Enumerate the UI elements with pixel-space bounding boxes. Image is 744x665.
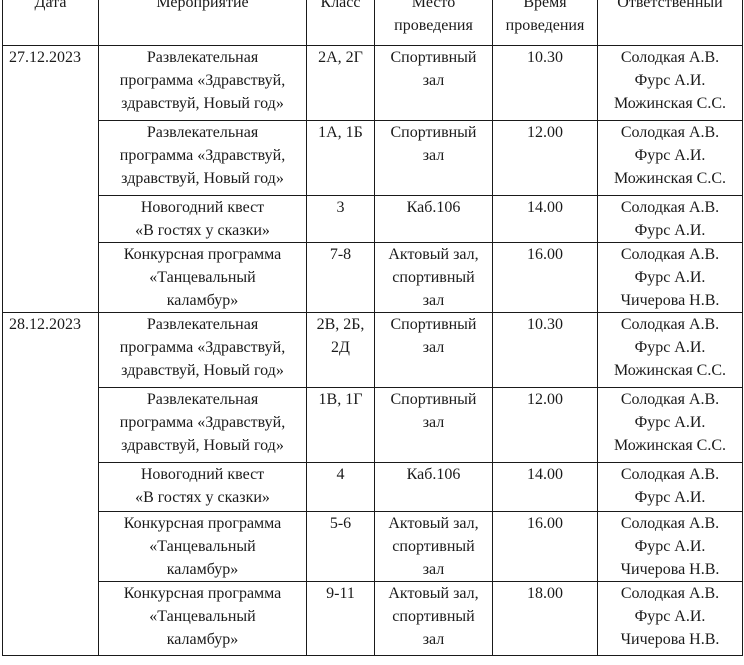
cell-text-line: Солодкая А.В. bbox=[600, 121, 740, 144]
place-cell: Спортивныйзал bbox=[375, 388, 493, 463]
cell-text-line: 1В, 1Г bbox=[309, 388, 372, 411]
class-cell: 1А, 1Б bbox=[307, 121, 375, 196]
table-row: Конкурсная программа«Танцевальныйкаламбу… bbox=[3, 512, 743, 582]
cell-text-line: Можинская С.С. bbox=[600, 359, 740, 382]
responsible-cell: Солодкая А.В.Фурс А.И.Чичерова Н.В. bbox=[598, 512, 743, 582]
cell-text-line: здравствуй, Новый год» bbox=[101, 359, 304, 382]
cell-text-line: Актовый зал, bbox=[377, 243, 490, 266]
cell-text-line: 5-6 bbox=[309, 512, 372, 535]
time-cell: 16.00 bbox=[493, 512, 598, 582]
responsible-cell: Солодкая А.В.Фурс А.И.Можинская С.С. bbox=[598, 46, 743, 121]
cell-text-line: Солодкая А.В. bbox=[600, 582, 740, 605]
place-cell: Спортивныйзал bbox=[375, 121, 493, 196]
cell-text-line: программа «Здравствуй, bbox=[101, 336, 304, 359]
schedule-body: 27.12.2023Развлекательнаяпрограмма «Здра… bbox=[3, 46, 743, 656]
cell-text-line: 10.30 bbox=[495, 46, 595, 69]
cell-text-line: Место bbox=[377, 0, 490, 14]
table-row: Конкурсная программа«Танцевальныйкаламбу… bbox=[3, 243, 743, 313]
cell-text-line: проведения bbox=[377, 14, 490, 37]
cell-text-line: 4 bbox=[309, 463, 372, 486]
cell-text-line: Солодкая А.В. bbox=[600, 313, 740, 336]
time-cell: 14.00 bbox=[493, 463, 598, 512]
class-cell: 2А, 2Г bbox=[307, 46, 375, 121]
cell-text-line: Спортивный bbox=[377, 46, 490, 69]
event-cell: Конкурсная программа«Танцевальныйкаламбу… bbox=[99, 512, 307, 582]
cell-text-line: Фурс А.И. bbox=[600, 219, 740, 242]
class-cell: 5-6 bbox=[307, 512, 375, 582]
place-cell: Актовый зал,спортивныйзал bbox=[375, 582, 493, 656]
cell-text-line: Спортивный bbox=[377, 121, 490, 144]
cell-text-line: программа «Здравствуй, bbox=[101, 69, 304, 92]
cell-text-line: Чичерова Н.В. bbox=[600, 289, 740, 312]
table-row: Развлекательнаяпрограмма «Здравствуй,здр… bbox=[3, 121, 743, 196]
cell-text-line: 12.00 bbox=[495, 388, 595, 411]
cell-text-line: Солодкая А.В. bbox=[600, 243, 740, 266]
cell-text-line: 2Д bbox=[309, 336, 372, 359]
class-cell: 4 bbox=[307, 463, 375, 512]
cell-text-line: зал bbox=[377, 289, 490, 312]
table-row: Развлекательнаяпрограмма «Здравствуй,здр… bbox=[3, 388, 743, 463]
header-time: Времяпроведения bbox=[493, 0, 598, 46]
cell-text-line: 27.12.2023 bbox=[9, 46, 96, 69]
responsible-cell: Солодкая А.В.Фурс А.И.Можинская С.С. bbox=[598, 121, 743, 196]
cell-text-line: 1А, 1Б bbox=[309, 121, 372, 144]
cell-text-line: Чичерова Н.В. bbox=[600, 628, 740, 651]
cell-text-line: «В гостях у сказки» bbox=[101, 486, 304, 509]
event-cell: Развлекательнаяпрограмма «Здравствуй,здр… bbox=[99, 46, 307, 121]
cell-text-line: «Танцевальный bbox=[101, 266, 304, 289]
cell-text-line: Фурс А.И. bbox=[600, 69, 740, 92]
cell-text-line: программа «Здравствуй, bbox=[101, 144, 304, 167]
cell-text-line: 16.00 bbox=[495, 512, 595, 535]
place-cell: Спортивныйзал bbox=[375, 46, 493, 121]
responsible-cell: Солодкая А.В.Фурс А.И.Можинская С.С. bbox=[598, 313, 743, 388]
cell-text-line: Развлекательная bbox=[101, 46, 304, 69]
table-row: 28.12.2023Развлекательнаяпрограмма «Здра… bbox=[3, 313, 743, 388]
header-place: Местопроведения bbox=[375, 0, 493, 46]
responsible-cell: Солодкая А.В.Фурс А.И.Чичерова Н.В. bbox=[598, 582, 743, 656]
time-cell: 16.00 bbox=[493, 243, 598, 313]
event-cell: Развлекательнаяпрограмма «Здравствуй,здр… bbox=[99, 121, 307, 196]
cell-text-line: 28.12.2023 bbox=[9, 313, 96, 336]
cell-text-line: 3 bbox=[309, 196, 372, 219]
cell-text-line: Фурс А.И. bbox=[600, 144, 740, 167]
cell-text-line: зал bbox=[377, 69, 490, 92]
cell-text-line: спортивный bbox=[377, 266, 490, 289]
class-cell: 2В, 2Б,2Д bbox=[307, 313, 375, 388]
cell-text-line: Развлекательная bbox=[101, 313, 304, 336]
cell-text-line: Солодкая А.В. bbox=[600, 463, 740, 486]
cell-text-line: Развлекательная bbox=[101, 121, 304, 144]
cell-text-line: 18.00 bbox=[495, 582, 595, 605]
event-cell: Конкурсная программа«Танцевальныйкаламбу… bbox=[99, 243, 307, 313]
cell-text-line: 12.00 bbox=[495, 121, 595, 144]
responsible-cell: Солодкая А.В.Фурс А.И. bbox=[598, 463, 743, 512]
cell-text-line: проведения bbox=[495, 14, 595, 37]
place-cell: Актовый зал,спортивныйзал bbox=[375, 243, 493, 313]
responsible-cell: Солодкая А.В.Фурс А.И.Чичерова Н.В. bbox=[598, 243, 743, 313]
cell-text-line: Можинская С.С. bbox=[600, 167, 740, 190]
cell-text-line: зал bbox=[377, 558, 490, 581]
cell-text-line: Чичерова Н.В. bbox=[600, 558, 740, 581]
time-cell: 12.00 bbox=[493, 121, 598, 196]
cell-text-line: Актовый зал, bbox=[377, 582, 490, 605]
class-cell: 1В, 1Г bbox=[307, 388, 375, 463]
cell-text-line: Фурс А.И. bbox=[600, 535, 740, 558]
cell-text-line: программа «Здравствуй, bbox=[101, 411, 304, 434]
event-cell: Новогодний квест«В гостях у сказки» bbox=[99, 196, 307, 243]
place-cell: Спортивныйзал bbox=[375, 313, 493, 388]
cell-text-line: каламбур» bbox=[101, 558, 304, 581]
cell-text-line: спортивный bbox=[377, 605, 490, 628]
cell-text-line: Время bbox=[495, 0, 595, 14]
cell-text-line: Фурс А.И. bbox=[600, 266, 740, 289]
cell-text-line: Конкурсная программа bbox=[101, 243, 304, 266]
cell-text-line: Солодкая А.В. bbox=[600, 196, 740, 219]
cell-text-line: Ответственный bbox=[600, 0, 740, 14]
cell-text-line: 2В, 2Б, bbox=[309, 313, 372, 336]
class-cell: 3 bbox=[307, 196, 375, 243]
header-responsible: Ответственный bbox=[598, 0, 743, 46]
cell-text-line: спортивный bbox=[377, 535, 490, 558]
place-cell: Каб.106 bbox=[375, 463, 493, 512]
cell-text-line: Дата bbox=[5, 0, 96, 14]
header-date: Дата bbox=[3, 0, 99, 46]
cell-text-line: Спортивный bbox=[377, 313, 490, 336]
cell-text-line: Каб.106 bbox=[377, 196, 490, 219]
cell-text-line: Можинская С.С. bbox=[600, 434, 740, 457]
table-row: Новогодний квест«В гостях у сказки»3Каб.… bbox=[3, 196, 743, 243]
cell-text-line: каламбур» bbox=[101, 628, 304, 651]
event-cell: Развлекательнаяпрограмма «Здравствуй,здр… bbox=[99, 388, 307, 463]
place-cell: Каб.106 bbox=[375, 196, 493, 243]
cell-text-line: 2А, 2Г bbox=[309, 46, 372, 69]
cell-text-line: 7-8 bbox=[309, 243, 372, 266]
class-cell: 9-11 bbox=[307, 582, 375, 656]
cell-text-line: «Танцевальный bbox=[101, 605, 304, 628]
date-cell: 27.12.2023 bbox=[3, 46, 99, 313]
event-cell: Конкурсная программа«Танцевальныйкаламбу… bbox=[99, 582, 307, 656]
cell-text-line: Развлекательная bbox=[101, 388, 304, 411]
responsible-cell: Солодкая А.В.Фурс А.И.Можинская С.С. bbox=[598, 388, 743, 463]
cell-text-line: 10.30 bbox=[495, 313, 595, 336]
cell-text-line: 16.00 bbox=[495, 243, 595, 266]
cell-text-line: 9-11 bbox=[309, 582, 372, 605]
time-cell: 10.30 bbox=[493, 313, 598, 388]
cell-text-line: «Танцевальный bbox=[101, 535, 304, 558]
cell-text-line: Солодкая А.В. bbox=[600, 388, 740, 411]
table-row: Новогодний квест«В гостях у сказки»4Каб.… bbox=[3, 463, 743, 512]
cell-text-line: «В гостях у сказки» bbox=[101, 219, 304, 242]
cell-text-line: Новогодний квест bbox=[101, 196, 304, 219]
cell-text-line: Фурс А.И. bbox=[600, 605, 740, 628]
cell-text-line: 14.00 bbox=[495, 463, 595, 486]
cell-text-line: каламбур» bbox=[101, 289, 304, 312]
time-cell: 12.00 bbox=[493, 388, 598, 463]
cell-text-line: зал bbox=[377, 144, 490, 167]
cell-text-line: Солодкая А.В. bbox=[600, 512, 740, 535]
header-row: Дата Мероприятие Класс Местопроведения В… bbox=[3, 0, 743, 46]
header-class: Класс bbox=[307, 0, 375, 46]
cell-text-line: Фурс А.И. bbox=[600, 486, 740, 509]
cell-text-line: Класс bbox=[309, 0, 372, 14]
cell-text-line: зал bbox=[377, 336, 490, 359]
cell-text-line: Спортивный bbox=[377, 388, 490, 411]
cell-text-line: Фурс А.И. bbox=[600, 336, 740, 359]
date-cell: 28.12.2023 bbox=[3, 313, 99, 656]
cell-text-line: Новогодний квест bbox=[101, 463, 304, 486]
cell-text-line: Конкурсная программа bbox=[101, 582, 304, 605]
header-event: Мероприятие bbox=[99, 0, 307, 46]
cell-text-line: зал bbox=[377, 411, 490, 434]
cell-text-line: Актовый зал, bbox=[377, 512, 490, 535]
cell-text-line: здравствуй, Новый год» bbox=[101, 92, 304, 115]
cell-text-line: здравствуй, Новый год» bbox=[101, 167, 304, 190]
table-row: 27.12.2023Развлекательнаяпрограмма «Здра… bbox=[3, 46, 743, 121]
event-schedule-table: Дата Мероприятие Класс Местопроведения В… bbox=[2, 0, 743, 656]
table-row: Конкурсная программа«Танцевальныйкаламбу… bbox=[3, 582, 743, 656]
place-cell: Актовый зал,спортивныйзал bbox=[375, 512, 493, 582]
cell-text-line: Каб.106 bbox=[377, 463, 490, 486]
time-cell: 14.00 bbox=[493, 196, 598, 243]
cell-text-line: 14.00 bbox=[495, 196, 595, 219]
cell-text-line: Солодкая А.В. bbox=[600, 46, 740, 69]
cell-text-line: Конкурсная программа bbox=[101, 512, 304, 535]
cell-text-line: Можинская С.С. bbox=[600, 92, 740, 115]
cell-text-line: здравствуй, Новый год» bbox=[101, 434, 304, 457]
cell-text-line: Мероприятие bbox=[101, 0, 304, 14]
event-cell: Развлекательнаяпрограмма «Здравствуй,здр… bbox=[99, 313, 307, 388]
time-cell: 18.00 bbox=[493, 582, 598, 656]
class-cell: 7-8 bbox=[307, 243, 375, 313]
cell-text-line: зал bbox=[377, 628, 490, 651]
cell-text-line: Фурс А.И. bbox=[600, 411, 740, 434]
responsible-cell: Солодкая А.В.Фурс А.И. bbox=[598, 196, 743, 243]
event-cell: Новогодний квест«В гостях у сказки» bbox=[99, 463, 307, 512]
time-cell: 10.30 bbox=[493, 46, 598, 121]
